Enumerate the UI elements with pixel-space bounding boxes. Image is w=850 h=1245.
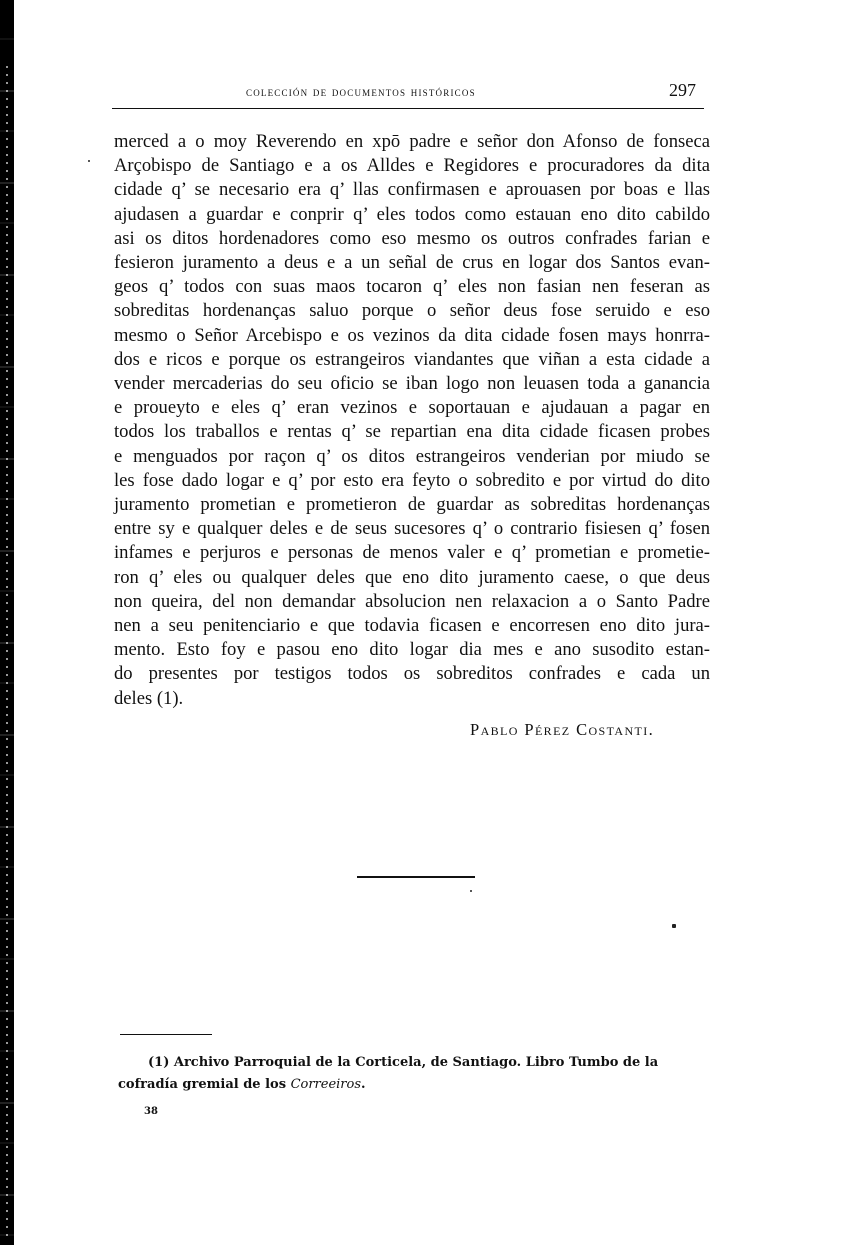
text-line: dos e ricos e porque os estrangeiros via…	[114, 348, 710, 372]
text-line: entre sy e qualquer deles e de seus suce…	[114, 517, 710, 541]
text-line: sobreditas hordenanças saluo porque o se…	[114, 299, 710, 323]
text-line: juramento prometian e prometieron de gua…	[114, 493, 710, 517]
text-line: nen a seu penitenciario e que todavia fi…	[114, 614, 710, 638]
text-line: e proueyto e eles q’ eran vezinos e sopo…	[114, 396, 710, 420]
author-signature: Pablo Pérez Costanti.	[470, 720, 654, 740]
text-line: todos los traballos e rentas q’ se repar…	[114, 420, 710, 444]
text-line: Arçobispo de Santiago e a os Alldes e Re…	[114, 154, 710, 178]
footnote-line-1: (1) Archivo Parroquial de la Corticela, …	[118, 1052, 718, 1074]
text-line: infames e perjuros e personas de menos v…	[114, 541, 710, 565]
scan-speck	[470, 890, 472, 892]
footnote-line-2: cofradía gremial de los Correeiros.	[118, 1077, 366, 1092]
scanned-page-edge	[0, 0, 14, 1245]
text-line: ron q’ eles ou qualquer deles que eno di…	[114, 566, 710, 590]
text-line: vender mercaderias do seu oficio se iban…	[114, 372, 710, 396]
text-line: non queira, del non demandar absolucion …	[114, 590, 710, 614]
text-line: do presentes por testigos todos os sobre…	[114, 662, 710, 686]
text-line: geos q’ todos con suas maos tocaron q’ e…	[114, 275, 710, 299]
text-line: les fose dado logar e q’ por esto era fe…	[114, 469, 710, 493]
text-line: deles (1).	[114, 687, 710, 711]
scan-speck	[672, 924, 676, 928]
footnote: (1) Archivo Parroquial de la Corticela, …	[118, 1052, 718, 1096]
section-separator-rule	[357, 876, 475, 878]
text-line: mento. Esto foy e pasou eno dito logar d…	[114, 638, 710, 662]
text-line: mesmo o Señor Arcebispo e os vezinos da …	[114, 324, 710, 348]
text-line: ajudasen a guardar e conprir q’ eles tod…	[114, 203, 710, 227]
footnote-italic-term: Correeiros	[291, 1077, 361, 1092]
text-line: asi os ditos hordenadores como eso mesmo…	[114, 227, 710, 251]
text-line: merced a o moy Reverendo en xpō padre e …	[114, 130, 710, 154]
page-number: 297	[669, 80, 696, 101]
text-line: cidade q’ se necesario era q’ llas confi…	[114, 178, 710, 202]
scan-speck	[88, 160, 90, 162]
running-title: Colección de documentos históricos	[246, 84, 476, 100]
footnote-punct: .	[361, 1077, 366, 1092]
text-line: e menguados por raçon q’ os ditos estran…	[114, 445, 710, 469]
running-header: Colección de documentos históricos 297	[112, 80, 704, 109]
footnote-rule	[120, 1034, 212, 1035]
footnote-text: cofradía gremial de los	[118, 1077, 291, 1092]
text-line: fesieron juramento a deus e a un señal d…	[114, 251, 710, 275]
document-body: merced a o moy Reverendo en xpō padre e …	[114, 130, 710, 711]
printer-signature-mark: 38	[144, 1106, 158, 1117]
